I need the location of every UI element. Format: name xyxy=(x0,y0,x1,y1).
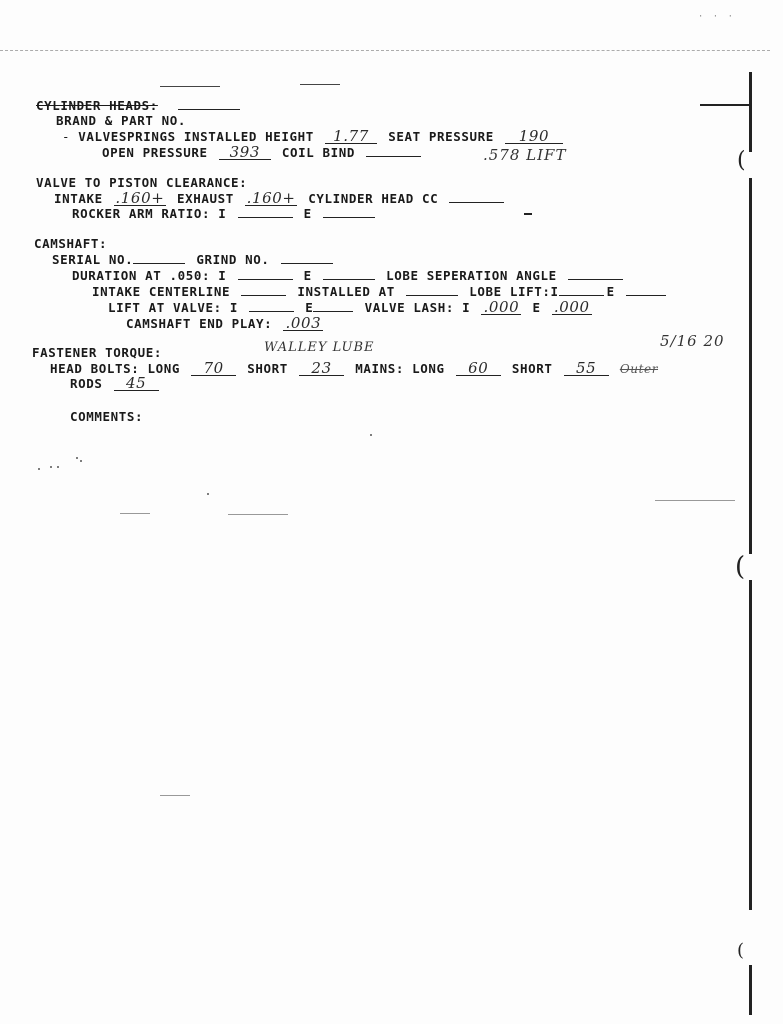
open-pressure-row: OPEN PRESSURE 393 COIL BIND xyxy=(102,145,424,160)
stray-dash xyxy=(524,213,532,215)
cylinder-head-cc-label: CYLINDER HEAD CC xyxy=(308,191,438,206)
scan-smudge xyxy=(120,513,150,514)
section-heading: FASTENER TORQUE: xyxy=(32,345,162,360)
lobe-lift-label: LOBE LIFT:I xyxy=(469,284,558,299)
scan-smudge xyxy=(228,514,288,515)
valve-lash-label: VALVE LASH: I xyxy=(365,300,471,315)
lift-lash-row: LIFT AT VALVE: I E VALVE LASH: I .000 E … xyxy=(108,300,595,315)
intake-label: INTAKE xyxy=(54,191,103,206)
lube-note: WALLEY LUBE xyxy=(264,340,375,355)
binding-edge-line xyxy=(749,72,752,152)
fastener-heading-row: FASTENER TORQUE: xyxy=(32,346,162,360)
exhaust-label: EXHAUST xyxy=(177,191,234,206)
section-heading: CYLINDER HEADS: xyxy=(36,98,158,113)
intake-centerline-label: INTAKE CENTERLINE xyxy=(92,284,230,299)
margin-tick xyxy=(700,104,750,106)
head-bolts-short-value: 23 xyxy=(299,361,344,376)
comments-row: COMMENTS: xyxy=(70,410,143,424)
intake-centerline-field xyxy=(241,284,286,296)
crossed-out-note: Outer xyxy=(620,362,658,376)
end-play-row: CAMSHAFT END PLAY: .003 xyxy=(126,316,326,331)
intake-clearance-value: .160+ xyxy=(114,191,166,206)
rocker-ratio-row: ROCKER ARM RATIO: I E xyxy=(72,206,378,221)
scan-smudge xyxy=(160,86,220,87)
bolt-size-note: 5/16 20 xyxy=(660,332,725,350)
mains-short-label: SHORT xyxy=(512,361,553,376)
serial-grind-row: SERIAL NO. GRIND NO. xyxy=(52,252,336,267)
rods-label: RODS xyxy=(70,376,103,391)
grind-no-label: GRIND NO. xyxy=(196,252,269,267)
brand-part-label: BRAND & PART NO. xyxy=(56,113,186,128)
duration-e-label: E xyxy=(304,268,312,283)
cylinder-heads-section: CYLINDER HEADS: xyxy=(36,98,243,113)
rocker-ratio-exhaust-field xyxy=(323,206,375,218)
lift-at-valve-label: LIFT AT VALVE: I xyxy=(108,300,238,315)
camshaft-heading-row: CAMSHAFT: xyxy=(34,237,107,251)
binder-hole-mark: ( xyxy=(737,940,744,961)
grind-no-field xyxy=(281,252,333,264)
valvesprings-row: - VALVESPRINGS INSTALLED HEIGHT 1.77 SEA… xyxy=(62,129,566,144)
scan-speck xyxy=(57,466,59,468)
binding-edge-line xyxy=(749,965,752,1015)
scan-speck xyxy=(80,460,82,462)
cylinder-heads-field xyxy=(178,98,240,110)
scan-speck xyxy=(50,466,52,468)
end-play-label: CAMSHAFT END PLAY: xyxy=(126,316,272,331)
lift-at-valve-intake-field xyxy=(249,300,294,312)
comments-label: COMMENTS: xyxy=(70,409,143,424)
scan-header-rule xyxy=(0,50,770,51)
scan-speck xyxy=(76,457,78,459)
duration-intake-field xyxy=(238,268,293,280)
head-bolts-long-value: 70 xyxy=(191,361,236,376)
installed-at-label: INSTALLED AT xyxy=(297,284,395,299)
end-play-value: .003 xyxy=(283,316,323,331)
head-bolts-short-label: SHORT xyxy=(247,361,288,376)
open-pressure-label: OPEN PRESSURE xyxy=(102,145,208,160)
scanned-page: · · · ( ( ( CYLINDER HEADS: BRAND & PART… xyxy=(0,0,783,1024)
valve-lash-intake-value: .000 xyxy=(481,300,521,315)
duration-row: DURATION AT .050: I E LOBE SEPERATION AN… xyxy=(72,268,626,283)
dash-mark: - xyxy=(62,129,78,144)
section-heading: VALVE TO PISTON CLEARANCE: xyxy=(36,175,247,190)
scan-smudge xyxy=(160,795,190,796)
lobe-separation-label: LOBE SEPERATION ANGLE xyxy=(386,268,557,283)
section-heading: CAMSHAFT: xyxy=(34,236,107,251)
coil-bind-field xyxy=(366,145,421,157)
valve-lash-e-label: E xyxy=(533,300,541,315)
binder-hole-mark: ( xyxy=(737,148,746,173)
installed-height-value: 1.77 xyxy=(325,129,377,144)
rocker-ratio-e-label: E xyxy=(304,206,312,221)
serial-no-field xyxy=(133,252,185,264)
rocker-ratio-intake-field xyxy=(238,206,293,218)
lift-at-valve-exhaust-field xyxy=(313,300,353,312)
centerline-row: INTAKE CENTERLINE INSTALLED AT LOBE LIFT… xyxy=(92,284,669,299)
brand-part-row: BRAND & PART NO. xyxy=(56,114,186,128)
cylinder-head-cc-field xyxy=(449,191,504,203)
lobe-separation-field xyxy=(568,268,623,280)
rocker-ratio-label: ROCKER ARM RATIO: I xyxy=(72,206,226,221)
scan-smudge xyxy=(655,500,735,501)
valve-lash-exhaust-value: .000 xyxy=(552,300,592,315)
scan-speck xyxy=(370,434,372,436)
serial-no-label: SERIAL NO. xyxy=(52,252,133,267)
binding-edge-line xyxy=(749,580,752,910)
rods-value: 45 xyxy=(114,376,159,391)
binding-edge-line xyxy=(749,178,752,554)
seat-pressure-value: 190 xyxy=(505,129,563,144)
mains-long-value: 60 xyxy=(456,361,501,376)
seat-pressure-label: SEAT PRESSURE xyxy=(388,129,494,144)
rods-row: RODS 45 xyxy=(70,376,162,391)
scan-speck xyxy=(38,468,40,470)
open-pressure-value: 393 xyxy=(219,145,271,160)
head-bolts-label: HEAD BOLTS: LONG xyxy=(50,361,180,376)
lift-note: .578 LIFT xyxy=(483,146,566,164)
scan-smudge xyxy=(300,84,340,85)
exhaust-clearance-value: .160+ xyxy=(245,191,297,206)
duration-label: DURATION AT .050: I xyxy=(72,268,226,283)
lift-at-valve-e-label: E xyxy=(305,300,313,315)
valve-piston-heading-row: VALVE TO PISTON CLEARANCE: xyxy=(36,176,247,190)
coil-bind-label: COIL BIND xyxy=(282,145,355,160)
lobe-lift-intake-field xyxy=(559,284,604,296)
intake-exhaust-row: INTAKE .160+ EXHAUST .160+ CYLINDER HEAD… xyxy=(54,191,507,206)
binder-hole-mark: ( xyxy=(735,552,745,582)
scan-speck xyxy=(207,493,209,495)
installed-height-label: VALVESPRINGS INSTALLED HEIGHT xyxy=(78,129,314,144)
mains-short-value: 55 xyxy=(564,361,609,376)
lobe-lift-exhaust-field xyxy=(626,284,666,296)
installed-at-field xyxy=(406,284,458,296)
mains-label: MAINS: LONG xyxy=(355,361,444,376)
lobe-lift-e-label: E xyxy=(607,284,615,299)
corner-scan-mark: · · · xyxy=(698,12,735,22)
duration-exhaust-field xyxy=(323,268,375,280)
